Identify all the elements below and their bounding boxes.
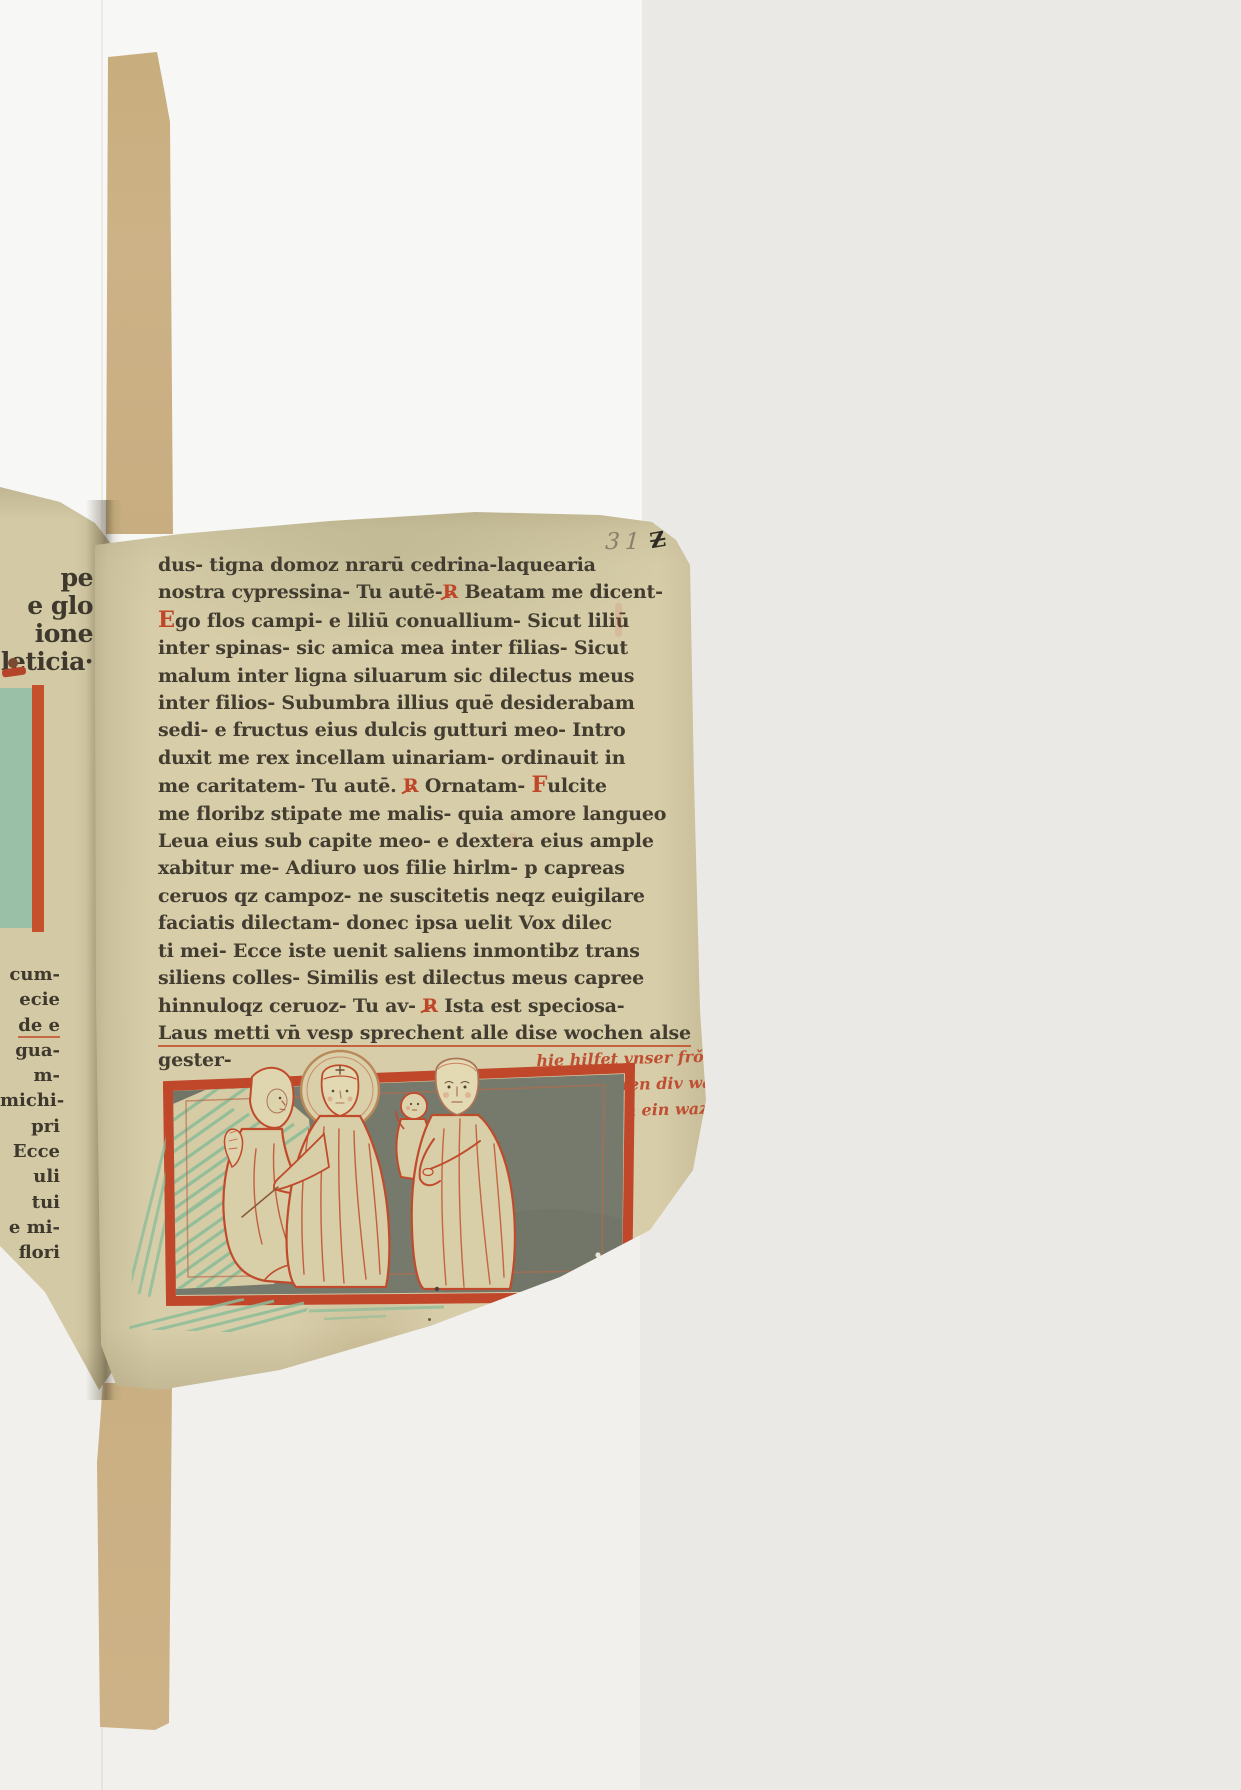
left-fragment-line: michi- — [0, 1088, 60, 1113]
miniature-ground — [124, 1049, 654, 1329]
left-fragment-line: ione — [0, 620, 93, 648]
left-fragment-line: ecie — [0, 987, 60, 1012]
backdrop-right-board — [640, 0, 1241, 1790]
left-fragment-line: cum- — [0, 962, 60, 987]
backdrop-bright-board — [0, 0, 642, 555]
green-dash — [324, 1316, 386, 1319]
green-dash — [309, 1307, 444, 1311]
left-fragment-line: pe — [0, 564, 93, 592]
water-overflow-below — [124, 1299, 324, 1335]
left-fragment-small-text: cum-eciede egua-m-michi-priEcceuli tuie … — [0, 962, 60, 1266]
left-fragment-line: uli tui — [0, 1164, 60, 1215]
left-fragment-line: flori — [0, 1240, 60, 1265]
red-offset-smudge — [508, 833, 518, 847]
manuscript-text-line: malum inter ligna siluarum sic dilectus … — [158, 663, 613, 690]
paint-loss — [599, 1263, 603, 1267]
left-fragment-line: de e — [0, 1013, 60, 1038]
red-offset-smudge — [615, 603, 622, 637]
manuscript-text-line: xabitur me- Adiuro uos filie hirlm- p ca… — [158, 855, 613, 882]
binding-strip-top — [103, 52, 175, 534]
manuscript-text-line: ti mei- Ecce iste uenit saliens inmontib… — [158, 938, 613, 965]
manuscript-text-line: me caritatem- Tu autē. R Ornatam- Fulcit… — [158, 772, 613, 800]
dark-speck — [435, 1287, 439, 1291]
manuscript-text-line: Laus metti vn̄ vesp sprechent alle dise … — [158, 1020, 613, 1047]
paint-loss — [595, 1252, 600, 1257]
manuscript-text-line: sedi- e fructus eius dulcis gutturi meo-… — [158, 717, 613, 744]
left-fragment-miniature-border — [32, 685, 44, 932]
manuscript-text-line: ceruos qz campoz- ne suscitetis neqz eui… — [158, 883, 613, 910]
left-fragment-line: gua- — [0, 1038, 60, 1063]
manuscript-text-line: inter filios- Subumbra illius quē deside… — [158, 690, 613, 717]
manuscript-photo: pee gloioneleticia· cum-eciede egua-m-mi… — [0, 0, 1241, 1790]
left-fragment-line: Ecce — [0, 1139, 60, 1164]
left-fragment-line: pri — [0, 1114, 60, 1139]
manuscript-text-line: faciatis dilectam- donec ipsa uelit Vox … — [158, 910, 613, 937]
manuscript-text-line: Leua eius sub capite meo- e dextera eius… — [158, 828, 613, 855]
left-fragment-line: e mi- — [0, 1215, 60, 1240]
left-fragment-miniature-green — [0, 688, 33, 928]
manuscript-page-folio-31: 31 Z dus- tigna domoz nrarū cedrina-laqu… — [88, 503, 713, 1403]
manuscript-text-line: me floribz stipate me malis- quia amore … — [158, 801, 613, 828]
manuscript-text-line: nostra cypressina- Tu autē-R Beatam me d… — [158, 579, 613, 606]
left-fragment-line: e glo — [0, 592, 93, 620]
binding-strip-bottom — [97, 1383, 176, 1730]
main-text-block: dus- tigna domoz nrarū cedrina-laquearia… — [158, 552, 613, 1075]
miniature-illustration — [124, 1049, 654, 1349]
left-fragment-line: m- — [0, 1063, 60, 1088]
manuscript-text-line: hinnuloqz ceruoz- Tu av- R Ista est spec… — [158, 993, 613, 1020]
manuscript-text-line: Ego flos campi- e liliū conuallium- Sicu… — [158, 607, 613, 635]
manuscript-text-line: duxit me rex incellam uinariam- ordinaui… — [158, 745, 613, 772]
manuscript-text-line: inter spinas- sic amica mea inter filias… — [158, 635, 613, 662]
left-fragment-miniature-detail — [8, 658, 18, 668]
manuscript-text-line: siliens colles- Similis est dilectus meu… — [158, 965, 613, 992]
manuscript-text-line: dus- tigna domoz nrarū cedrina-laquearia — [158, 552, 613, 579]
